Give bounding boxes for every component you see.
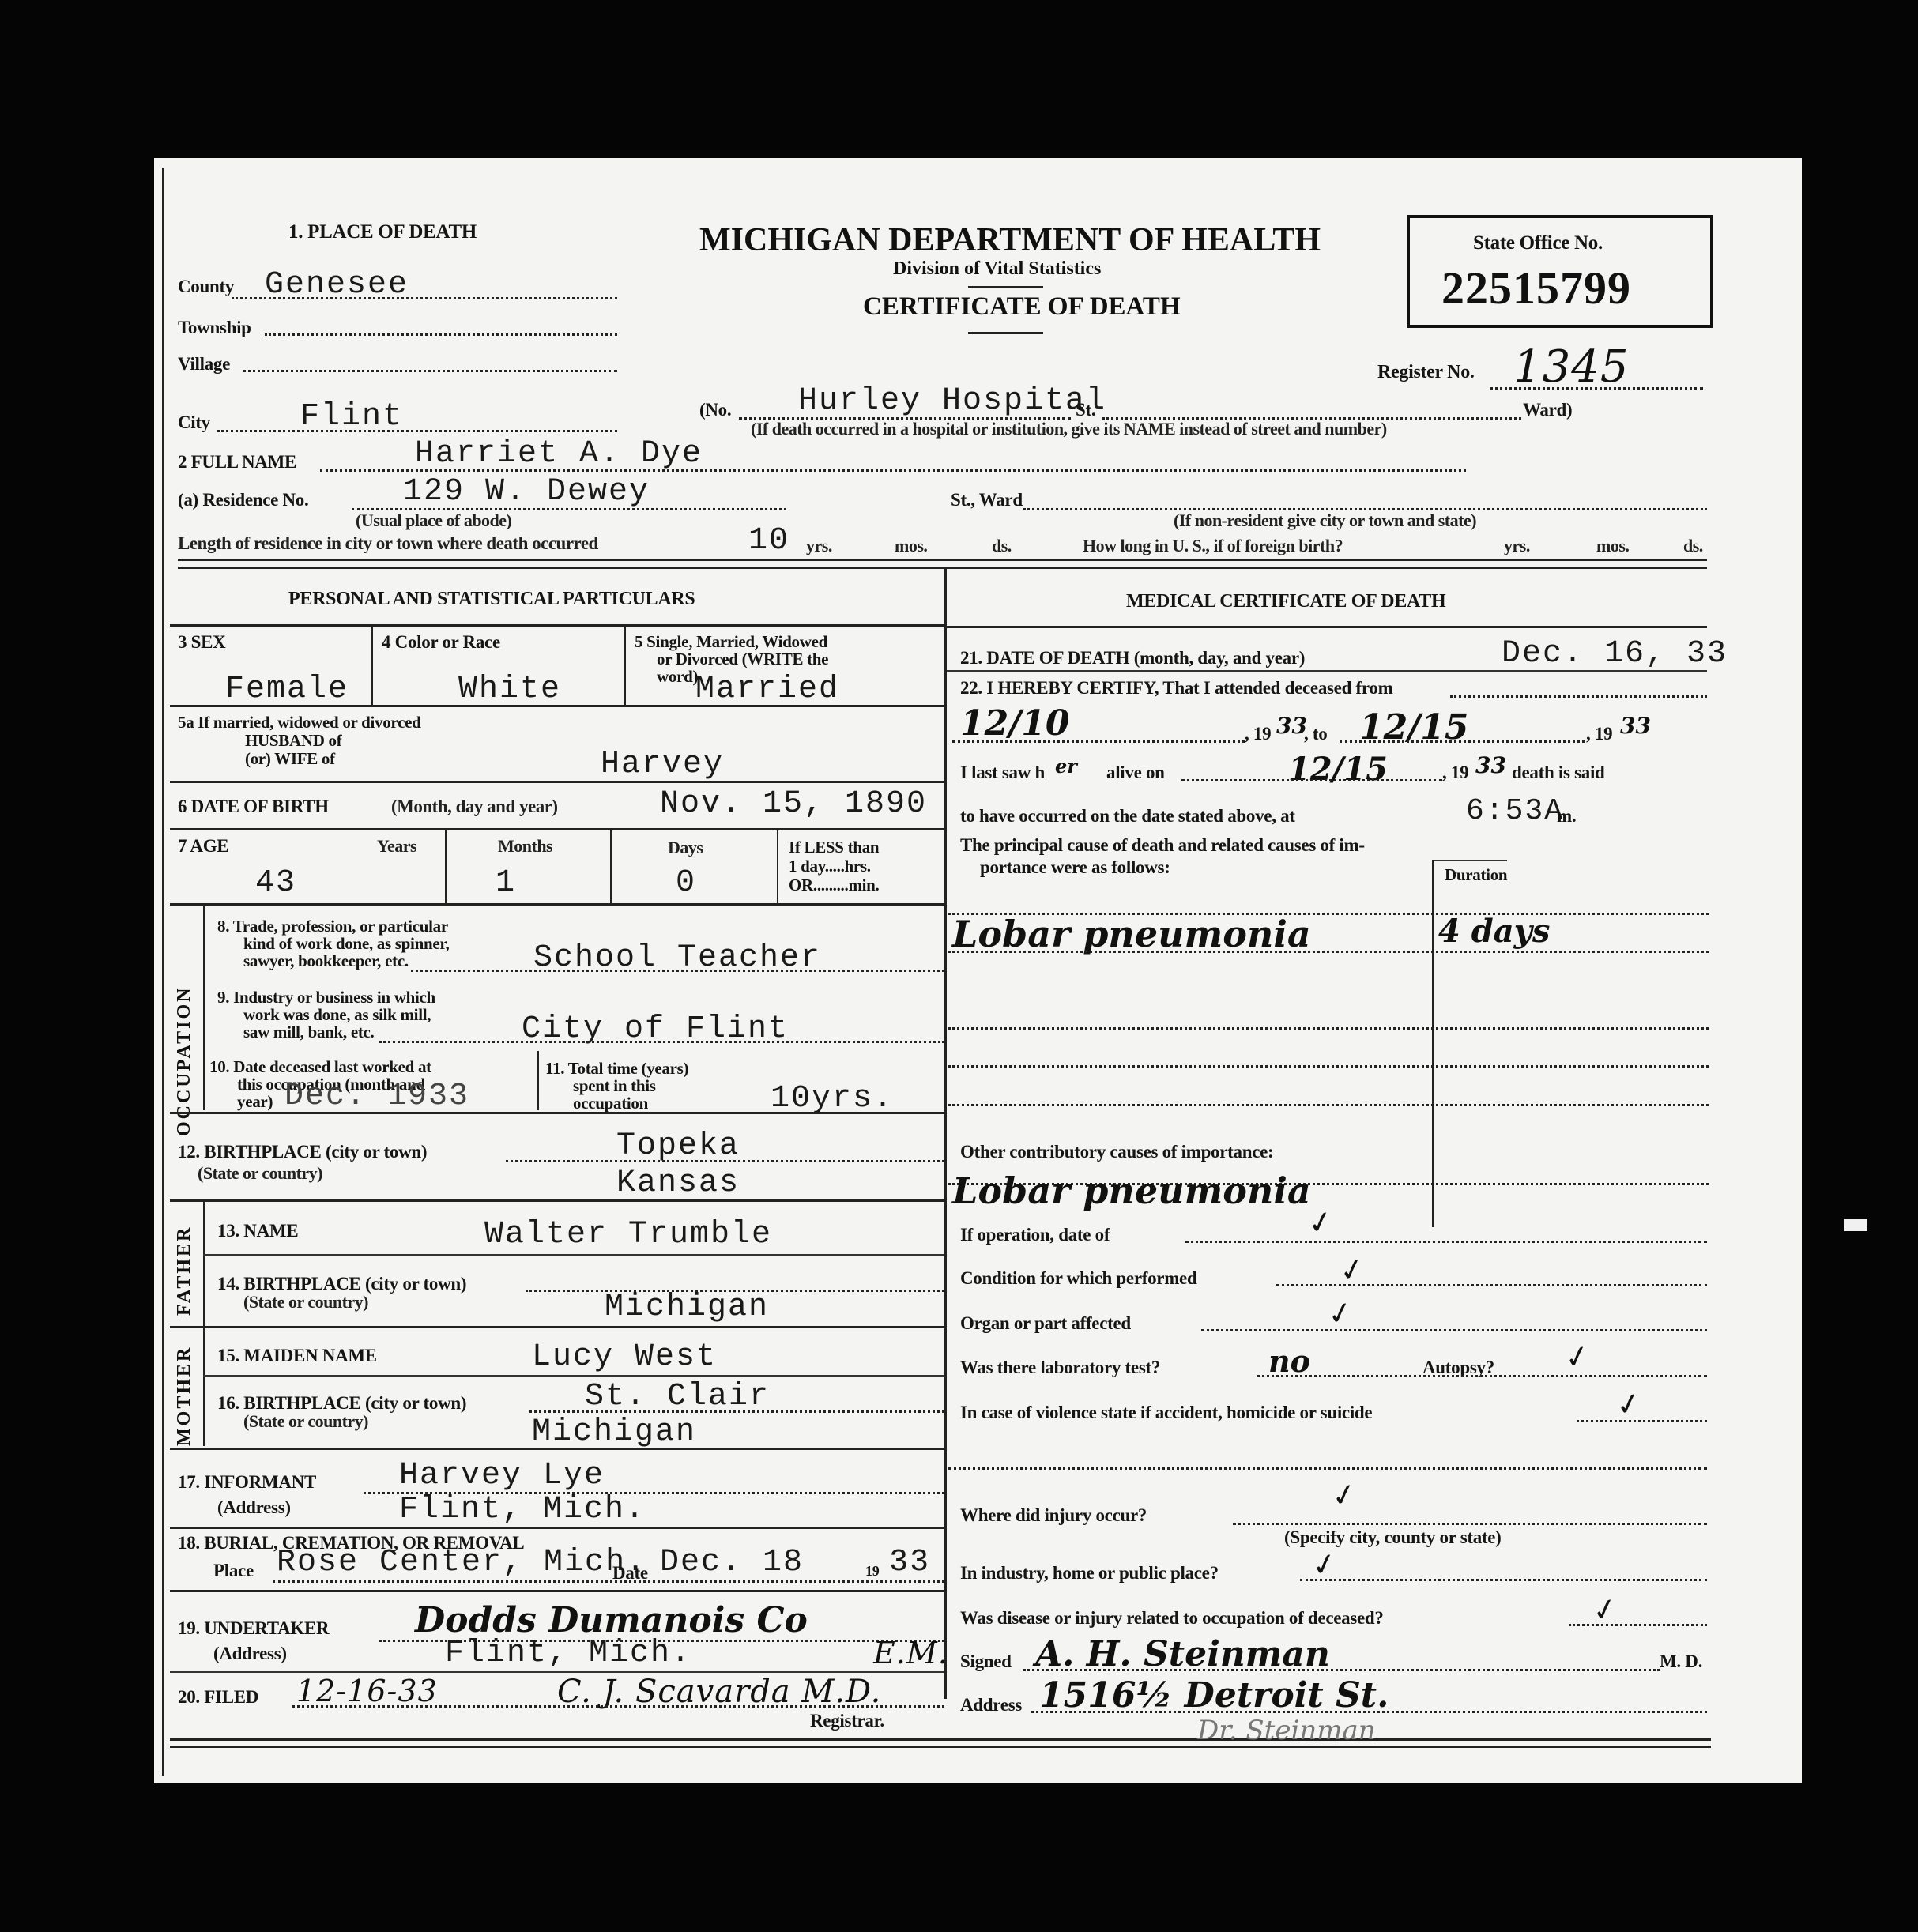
foreign-mos-label: mos. (1596, 536, 1629, 556)
mother-side-label: MOTHER (174, 1335, 195, 1446)
dob-note: (Month, day and year) (391, 797, 558, 817)
marital-label-1: 5 Single, Married, Widowed (635, 632, 827, 651)
trade-label-3: sawyer, bookkeeper, etc. (243, 951, 409, 970)
last-worked-label-3: year) (237, 1092, 273, 1111)
marital-value: Married (695, 672, 839, 707)
birthplace-city-value: Topeka (616, 1128, 740, 1164)
attended-to-line (1340, 740, 1585, 743)
institution-value: Hurley Hospital (798, 383, 1106, 419)
mother-maiden-label: 15. MAIDEN NAME (217, 1346, 377, 1366)
age-days-value: 0 (676, 865, 696, 901)
bottom-double-rule-1 (170, 1738, 1711, 1741)
medical-section-title: MEDICAL CERTIFICATE OF DEATH (1126, 591, 1445, 612)
foreign-birth-label: How long in U. S., if of foreign birth? (1083, 536, 1343, 556)
burial-place-value: Rose Center, Mich. (277, 1545, 646, 1580)
age-years-value: 43 (255, 865, 296, 901)
st-ward-label: St., Ward (951, 490, 1023, 510)
row-rule-father (170, 1326, 944, 1328)
title-rule-bottom (968, 332, 1043, 334)
age-days-label: Days (668, 838, 703, 858)
physician-address-line (1031, 1711, 1707, 1713)
foreign-ds-label: ds. (1683, 536, 1703, 556)
duration-top-rule (1434, 860, 1507, 861)
ds-label: ds. (992, 536, 1012, 556)
column-divider (944, 569, 947, 1699)
row-rule-age (170, 903, 944, 906)
from-year: 33 (1276, 713, 1307, 739)
informant-name: Harvey Lye (399, 1458, 605, 1493)
register-number: 1345 (1513, 341, 1630, 393)
injury-where-line (1233, 1523, 1707, 1525)
city-label: City (178, 412, 210, 433)
marital-label-3: word) (657, 667, 698, 686)
certify-line (1450, 695, 1707, 698)
row-rule-informant (170, 1527, 944, 1529)
village-label: Village (178, 354, 230, 375)
scan-artifact (1844, 1219, 1867, 1231)
mother-maiden-value: Lucy West (532, 1339, 717, 1375)
total-time-label-2: spent in this (573, 1076, 656, 1095)
birthplace-state-label: (State or country) (198, 1163, 322, 1184)
personal-section-title: PERSONAL AND STATISTICAL PARTICULARS (288, 589, 695, 610)
time-of-death: 6:53A (1466, 794, 1564, 828)
time-suffix: m. (1557, 806, 1576, 827)
less-than-label-1: If LESS than (789, 838, 879, 857)
township-line (265, 333, 617, 336)
personal-rule (170, 624, 944, 627)
race-value: White (458, 672, 561, 707)
undertaker-name: Dodds Dumanois Co (415, 1600, 808, 1640)
register-label: Register No. (1377, 362, 1475, 383)
burial-year-value: 33 (889, 1545, 930, 1580)
operation-line (1185, 1241, 1707, 1243)
sex-value: Female (225, 672, 349, 707)
st-label: St. (1076, 400, 1095, 420)
mother-birthplace-line (529, 1410, 944, 1413)
title-rule-top (968, 286, 1043, 288)
cause-intro-2: portance were as follows: (980, 857, 1170, 878)
cause-line-5 (948, 1104, 1709, 1106)
attended-from-line (952, 740, 1245, 743)
last-worked-value: Dec. 1933 (284, 1079, 469, 1114)
condition-line (1276, 1284, 1707, 1286)
injury-where-label: Where did injury occur? (960, 1505, 1147, 1526)
burial-date-value: Dec. 18 (660, 1545, 804, 1580)
mother-side-divider (203, 1328, 205, 1446)
certificate-title: CERTIFICATE OF DEATH (863, 292, 1181, 322)
violence-line-2 (948, 1467, 1707, 1470)
signed-line (1023, 1669, 1660, 1671)
residence-label: (a) Residence No. (178, 490, 308, 510)
dob-value: Nov. 15, 1890 (660, 786, 927, 822)
age-label: 7 AGE (178, 836, 228, 857)
occupation-side-label: OCCUPATION (174, 931, 195, 1136)
industry-place-label: In industry, home or public place? (960, 1563, 1219, 1584)
father-side-label: FATHER (174, 1213, 195, 1316)
lab-test-line (1257, 1375, 1707, 1377)
other-causes-label: Other contributory causes of importance: (960, 1142, 1273, 1162)
row-rule-dob (170, 828, 944, 830)
age-years-divider (445, 828, 447, 903)
principal-duration: 4 days (1438, 913, 1550, 950)
full-name-line (320, 469, 1466, 472)
race-label: 4 Color or Race (382, 632, 500, 653)
undertaker-label: 19. UNDERTAKER (178, 1618, 329, 1639)
physician-address-label: Address (960, 1695, 1022, 1715)
occupation-side-divider (203, 905, 205, 1110)
row-rule-spouse (170, 781, 944, 783)
yrs-label: yrs. (806, 536, 832, 556)
cause-intro-1: The principal cause of death and related… (960, 835, 1365, 856)
informant-address: Flint, Mich. (399, 1492, 646, 1527)
physician-address: 1516½ Detroit St. (1039, 1675, 1389, 1715)
occupational-label: Was disease or injury related to occupat… (960, 1608, 1384, 1629)
date-of-death-label: 21. DATE OF DEATH (month, day, and year) (960, 648, 1305, 668)
full-name-value: Harriet A. Dye (415, 436, 703, 472)
lab-test-value: no (1268, 1343, 1310, 1379)
dob-label: 6 DATE OF BIRTH (178, 797, 329, 817)
residence-value: 129 W. Dewey (403, 474, 650, 510)
filed-date: 12-16-33 (296, 1674, 438, 1708)
last-saw-year-prefix: , 19 (1442, 763, 1468, 783)
organ-label: Organ or part affected (960, 1313, 1131, 1334)
filed-label: 20. FILED (178, 1687, 258, 1708)
city-line (217, 430, 617, 432)
row-rule-birthplace (170, 1199, 944, 1202)
length-residence-label: Length of residence in city or town wher… (178, 533, 598, 554)
cause-line-2 (948, 951, 1709, 953)
burial-year-prefix: 19 (865, 1563, 879, 1580)
no-label: (No. (699, 400, 731, 420)
industry-label-1: 9. Industry or business in which (217, 988, 435, 1007)
row-rule-burial (170, 1590, 944, 1592)
informant-address-label: (Address) (217, 1497, 291, 1518)
operation-label: If operation, date of (960, 1225, 1110, 1245)
section-double-rule-2 (178, 567, 1707, 569)
industry-line (379, 1041, 944, 1043)
less-than-label-3: OR.........min. (789, 876, 880, 894)
condition-label: Condition for which performed (960, 1268, 1196, 1289)
last-saw-date: 12/15 (1288, 751, 1388, 788)
birthplace-line (506, 1160, 944, 1162)
row-rule-occupation (170, 1112, 944, 1114)
age-months-value: 1 (496, 865, 516, 901)
cause-line-3 (948, 1027, 1709, 1030)
trade-label-2: kind of work done, as spinner, (243, 934, 449, 953)
death-said-label: death is said (1512, 763, 1605, 783)
occupation-inner-divider (537, 1051, 539, 1110)
birthplace-state-value: Kansas (616, 1166, 740, 1201)
row-rule-mother (170, 1448, 944, 1450)
occupational-line (1569, 1624, 1707, 1626)
violence-label: In case of violence state if accident, h… (960, 1403, 1372, 1423)
last-worked-label-1: 10. Date deceased last worked at (209, 1057, 431, 1076)
age-months-label: Months (498, 836, 552, 857)
spouse-label-2: HUSBAND of (245, 731, 341, 750)
organ-line (1201, 1329, 1707, 1331)
signed-label: Signed (960, 1651, 1012, 1672)
foreign-yrs-label: yrs. (1504, 536, 1530, 556)
spouse-value: Harvey (601, 747, 724, 782)
department-title: MICHIGAN DEPARTMENT OF HEALTH (699, 221, 1321, 259)
trade-label-1: 8. Trade, profession, or particular (217, 917, 448, 936)
sex-race-divider (371, 624, 373, 705)
nonresident-note: (If non-resident give city or town and s… (1174, 510, 1476, 531)
mother-name-rule (203, 1375, 944, 1377)
other-cause: Lobar pneumonia (952, 1169, 1311, 1212)
filed-line (292, 1705, 944, 1708)
undertaker-address-label: (Address) (213, 1644, 287, 1664)
bottom-double-rule-2 (170, 1746, 1711, 1748)
usual-abode-note: (Usual place of abode) (356, 510, 511, 531)
death-certificate: 1. PLACE OF DEATH MICHIGAN DEPARTMENT OF… (154, 158, 1802, 1783)
mother-state-label: (State or country) (243, 1411, 368, 1432)
operation-check: ✓ (1305, 1203, 1336, 1242)
violence-line (1577, 1420, 1707, 1422)
age-months-divider (610, 828, 612, 903)
sex-label: 3 SEX (178, 632, 226, 653)
place-of-death-heading: 1. PLACE OF DEATH (288, 221, 477, 243)
marital-label-2: or Divorced (WRITE the (657, 650, 828, 668)
spouse-label-3: (or) WIFE of (245, 749, 335, 768)
injury-where-check: ✓ (1328, 1475, 1360, 1515)
father-birthplace-state: Michigan (605, 1290, 769, 1325)
birthplace-label: 12. BIRTHPLACE (city or town) (178, 1142, 427, 1162)
ward-label: Ward) (1523, 400, 1572, 420)
institution-note: (If death occurred in a hospital or inst… (751, 419, 1387, 439)
less-than-label-2: 1 day.....hrs. (789, 857, 871, 876)
county-line (232, 297, 617, 299)
date-of-death-value: Dec. 16, 33 (1502, 636, 1728, 672)
to-year-prefix: , 19 (1586, 724, 1612, 744)
division-subtitle: Division of Vital Statistics (893, 258, 1101, 280)
last-saw-pronoun: er (1055, 755, 1077, 778)
industry-label-3: saw mill, bank, etc. (243, 1022, 375, 1041)
trade-line (411, 970, 944, 972)
age-years-label: Years (377, 836, 416, 857)
lab-test-label: Was there laboratory test? (960, 1358, 1160, 1378)
section-double-rule-1 (178, 559, 1707, 561)
occurred-label: to have occurred on the date stated abov… (960, 806, 1295, 827)
faint-pencil-note: Dr. Steinman (1197, 1715, 1376, 1746)
alive-on-label: alive on (1106, 763, 1165, 783)
left-border-line (162, 168, 164, 1776)
state-office-number: 22515799 (1441, 262, 1631, 314)
father-side-divider (203, 1201, 205, 1326)
attended-from: 12/10 (960, 703, 1070, 744)
mother-birthplace-state: Michigan (532, 1414, 696, 1450)
township-label: Township (178, 318, 251, 338)
certify-label: 22. I HEREBY CERTIFY, That I attended de… (960, 678, 1392, 699)
race-marital-divider (624, 624, 626, 705)
register-line (1490, 387, 1703, 390)
row-rule-sex (170, 705, 944, 707)
father-state-label: (State or country) (243, 1292, 368, 1312)
undertaker-rule (170, 1671, 944, 1673)
father-name-label: 13. NAME (217, 1221, 298, 1241)
last-saw-line (1181, 779, 1442, 781)
total-time-label-1: 11. Total time (years) (545, 1059, 688, 1078)
last-saw-label: I last saw h (960, 763, 1045, 783)
from-year-prefix: , 19 (1245, 724, 1271, 744)
autopsy-check: ✓ (1562, 1337, 1593, 1377)
burial-line (273, 1580, 944, 1583)
village-line (243, 370, 617, 372)
full-name-label: 2 FULL NAME (178, 452, 296, 473)
informant-label: 17. INFORMANT (178, 1472, 316, 1493)
age-days-divider (777, 828, 778, 903)
state-office-box: State Office No. 22515799 (1407, 215, 1713, 328)
medical-rule (947, 626, 1707, 628)
county-label: County (178, 277, 234, 297)
length-residence-years: 10 (748, 523, 789, 559)
industry-place-line (1300, 1579, 1707, 1581)
undertaker-initials: E.M. (873, 1636, 948, 1670)
organ-check: ✓ (1325, 1294, 1356, 1333)
specify-note: (Specify city, county or state) (1284, 1527, 1502, 1548)
md-label: M. D. (1660, 1651, 1702, 1672)
principal-cause: Lobar pneumonia (952, 913, 1311, 955)
duration-label: Duration (1445, 865, 1507, 885)
state-office-label: State Office No. (1473, 232, 1603, 254)
mos-label: mos. (895, 536, 927, 556)
to-label: , to (1304, 724, 1327, 744)
cause-line-4 (948, 1065, 1709, 1068)
industry-label-2: work was done, as silk mill, (243, 1005, 431, 1024)
registrar-label: Registrar. (810, 1711, 884, 1731)
burial-place-label: Place (213, 1561, 254, 1581)
to-year: 33 (1620, 713, 1651, 739)
total-time-label-3: occupation (573, 1094, 648, 1113)
mother-birthplace-city: St. Clair (585, 1379, 770, 1414)
violence-check: ✓ (1613, 1384, 1645, 1424)
undertaker-address: Flint, Mich. (445, 1636, 691, 1671)
father-name-rule (203, 1254, 944, 1256)
spouse-label-1: 5a If married, widowed or divorced (178, 713, 421, 732)
father-name-value: Walter Trumble (484, 1217, 772, 1252)
date-of-death-rule (947, 670, 1707, 672)
last-saw-year: 33 (1475, 752, 1506, 778)
